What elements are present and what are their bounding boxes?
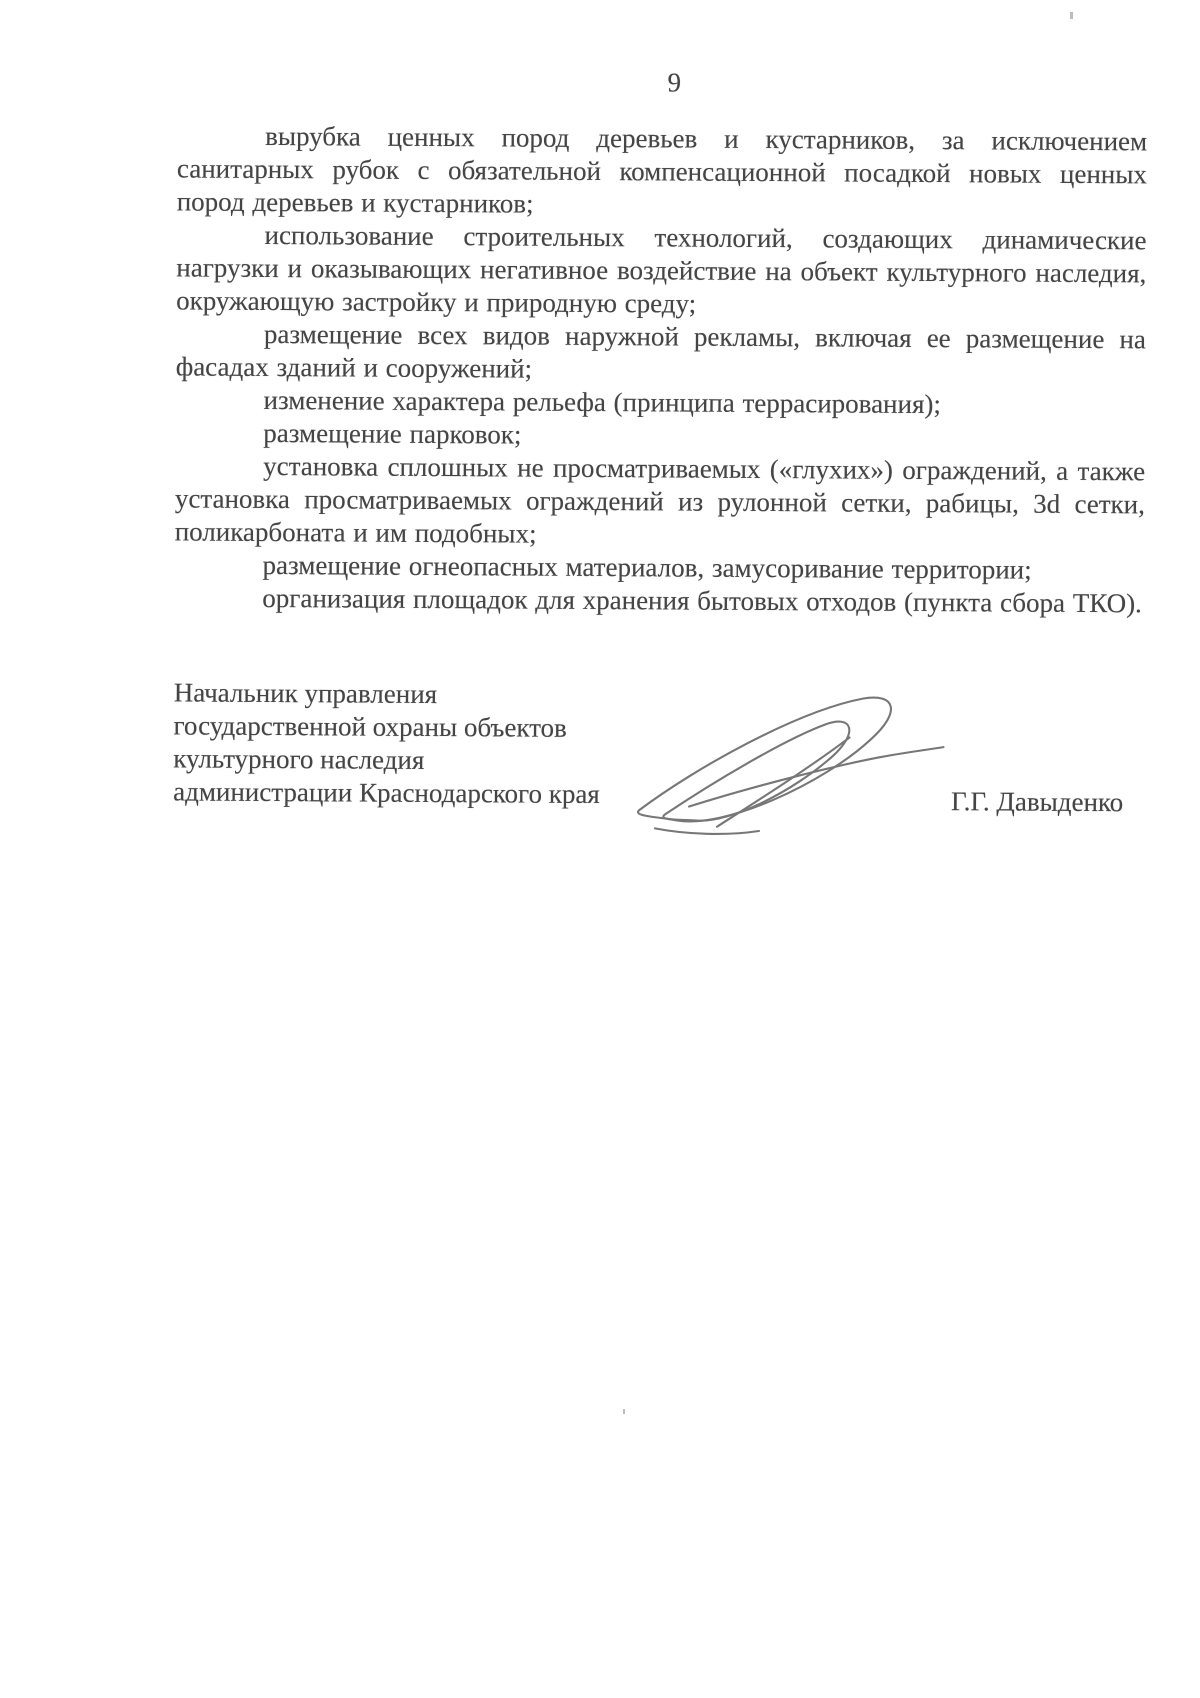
scan-artifact-speck [623,1409,625,1414]
handwritten-signature-icon [627,688,948,840]
paragraph: размещение всех видов наружной рекламы, … [176,317,1146,389]
signoff-line: государственной охраны объектов [173,709,693,745]
paragraph: вырубка ценных пород деревьев и кустарни… [177,119,1148,224]
paragraph: использование строительных технологий, с… [176,218,1147,323]
paragraph: установка сплошных не просматриваемых («… [175,449,1146,554]
document-body: вырубка ценных пород деревьев и кустарни… [174,119,1147,620]
signoff-line: культурного наследия [173,742,693,778]
signoff-line: Начальник управления [174,676,694,712]
signature-block: Начальник управления государственной охр… [173,676,694,811]
signoff-line: администрации Краснодарского края [173,775,693,811]
paragraph: организация площадок для хранения бытовы… [174,581,1144,620]
scanned-page-content: 9 вырубка ценных пород деревьев и кустар… [0,0,1200,1698]
page-number: 9 [177,63,1147,102]
signatory-name: Г.Г. Давыденко [951,785,1123,819]
document-page: 9 вырубка ценных пород деревьев и кустар… [0,0,1200,1698]
scan-artifact-speck [1070,12,1073,19]
